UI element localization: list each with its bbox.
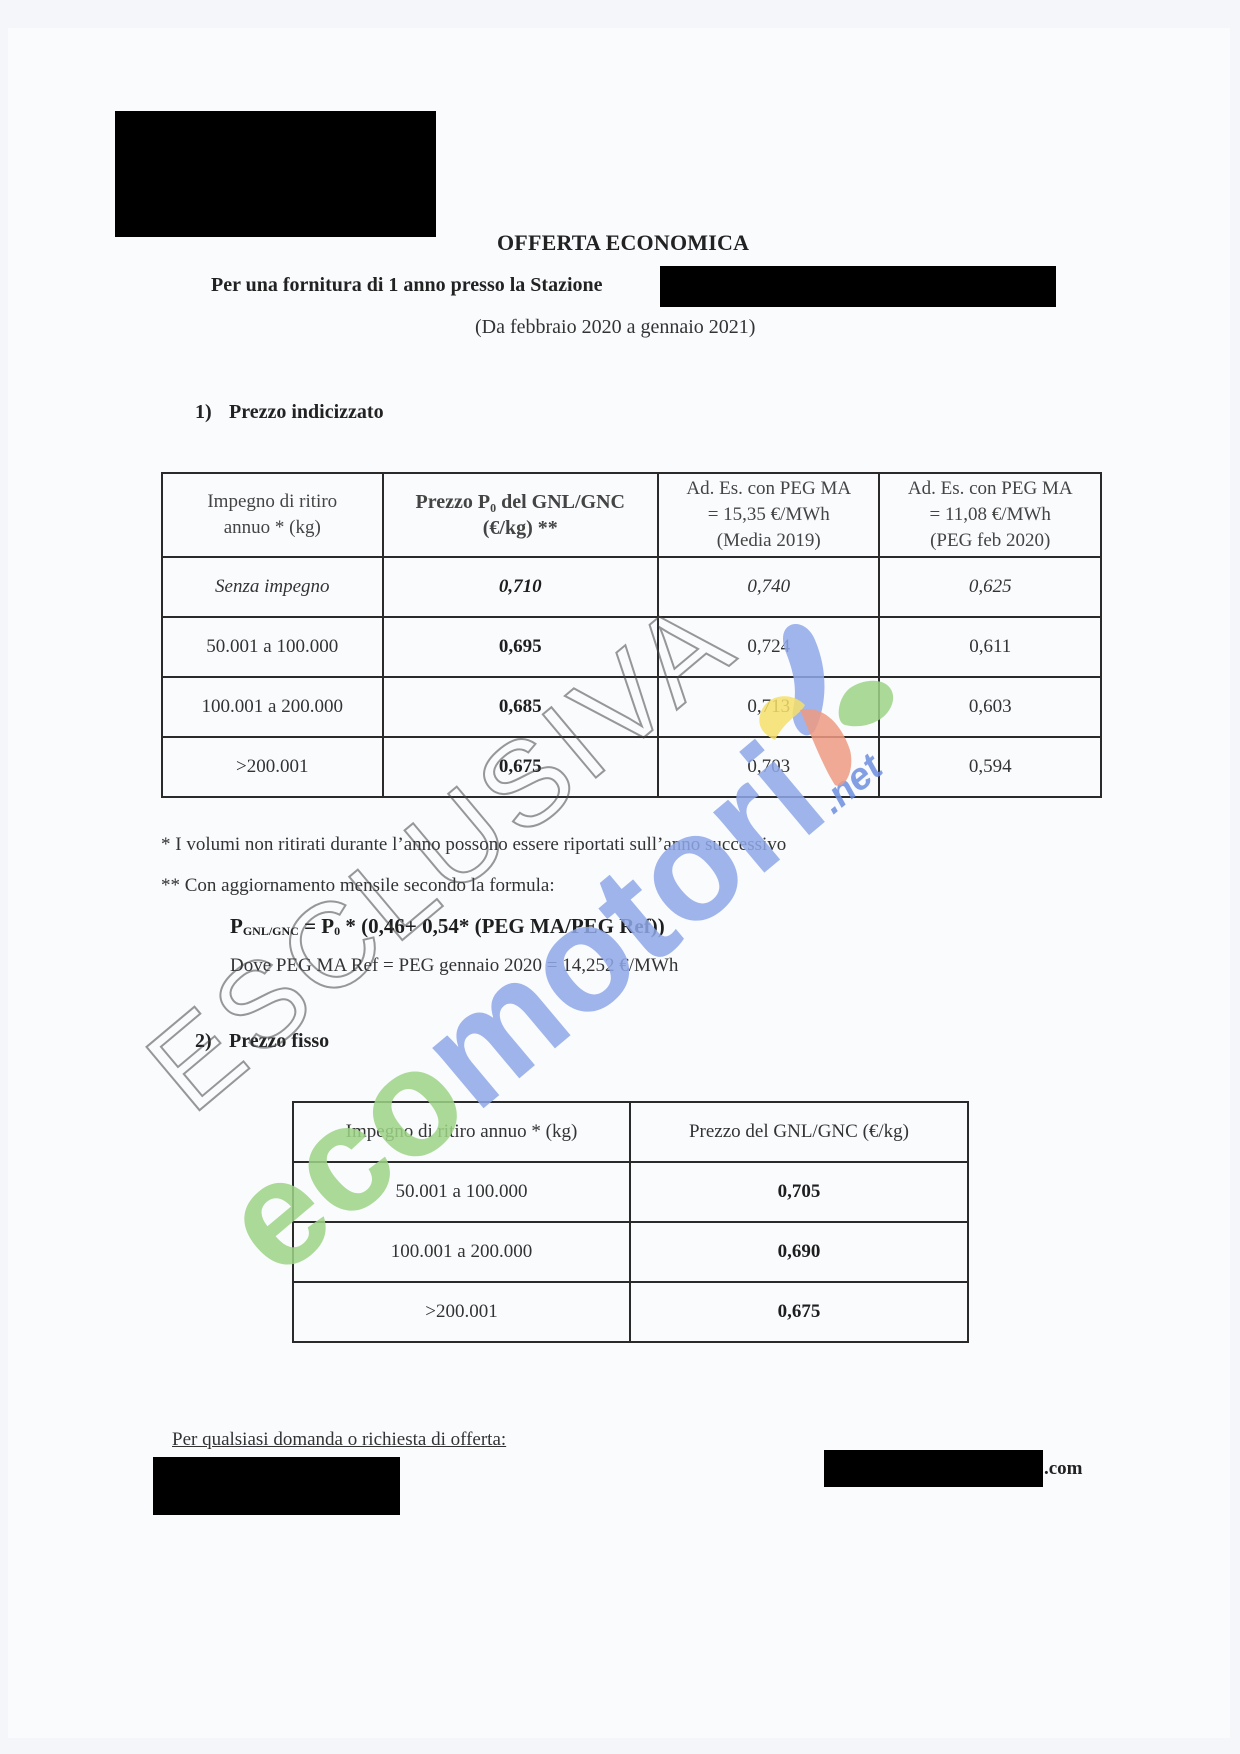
cell-example-feb-2020: 0,594 — [879, 737, 1101, 797]
fixed-price-table: Impegno di ritiro annuo * (kg) Prezzo de… — [292, 1101, 969, 1343]
table-row: 50.001 a 100.000 0,695 0,724 0,611 — [162, 617, 1101, 677]
indexed-price-table: Impegno di ritiro annuo * (kg) Prezzo P₀… — [161, 472, 1102, 798]
header-volume: Impegno di ritiro annuo * (kg) — [162, 473, 383, 557]
cell-example-feb-2020: 0,625 — [879, 557, 1101, 617]
section-2-heading: 2)Prezzo fisso — [195, 1030, 329, 1053]
header-line: (€/kg) ** — [388, 515, 653, 541]
document-subtitle: Per una fornitura di 1 anno presso la St… — [211, 274, 603, 297]
table-row: 50.001 a 100.000 0,705 — [293, 1162, 968, 1222]
section-1-number: 1) — [195, 401, 229, 424]
cell-price: 0,690 — [630, 1222, 968, 1282]
table-row: 100.001 a 200.000 0,690 — [293, 1222, 968, 1282]
cell-price: 0,675 — [630, 1282, 968, 1342]
cell-example-media-2019: 0,740 — [658, 557, 880, 617]
header-line: annuo * (kg) — [167, 515, 378, 541]
price-formula: PGNL/GNC = P0 * (0,46+ 0,54* (PEG MA/PEG… — [230, 914, 665, 939]
header-example-feb-2020: Ad. Es. con PEG MA = 11,08 €/MWh (PEG fe… — [879, 473, 1101, 557]
cell-example-feb-2020: 0,611 — [879, 617, 1101, 677]
cell-p0: 0,695 — [383, 617, 658, 677]
document-title: OFFERTA ECONOMICA — [497, 230, 749, 256]
table-row: >200.001 0,675 0,703 0,594 — [162, 737, 1101, 797]
header-price: Prezzo del GNL/GNC (€/kg) — [630, 1102, 968, 1162]
cell-example-media-2019: 0,724 — [658, 617, 880, 677]
cell-volume: Senza impegno — [162, 557, 383, 617]
cell-p0: 0,675 — [383, 737, 658, 797]
cell-volume: 100.001 a 200.000 — [162, 677, 383, 737]
formula-subscript: GNL/GNC — [243, 924, 299, 938]
table-header-row: Impegno di ritiro annuo * (kg) Prezzo P₀… — [162, 473, 1101, 557]
header-line: (Media 2019) — [663, 528, 875, 554]
table-header-row: Impegno di ritiro annuo * (kg) Prezzo de… — [293, 1102, 968, 1162]
redacted-contact-name — [153, 1457, 400, 1515]
cell-example-feb-2020: 0,603 — [879, 677, 1101, 737]
header-line: Impegno di ritiro — [167, 489, 378, 515]
table-row: 100.001 a 200.000 0,685 0,713 0,603 — [162, 677, 1101, 737]
cell-volume: 50.001 a 100.000 — [162, 617, 383, 677]
contact-label: Per qualsiasi domanda o richiesta di off… — [172, 1429, 506, 1451]
header-line: (PEG feb 2020) — [884, 528, 1096, 554]
formula-reference: Dove PEG MA Ref = PEG gennaio 2020 = 14,… — [230, 955, 678, 977]
redacted-email — [824, 1450, 1043, 1487]
redacted-logo — [115, 111, 436, 237]
supply-period: (Da febbraio 2020 a gennaio 2021) — [475, 316, 755, 339]
formula-p: P — [230, 914, 243, 938]
cell-example-media-2019: 0,703 — [658, 737, 880, 797]
header-example-media-2019: Ad. Es. con PEG MA = 15,35 €/MWh (Media … — [658, 473, 880, 557]
table-row: >200.001 0,675 — [293, 1282, 968, 1342]
formula-equals-p: = P — [299, 914, 334, 938]
header-line: Prezzo P₀ del GNL/GNC — [388, 489, 653, 515]
cell-price: 0,705 — [630, 1162, 968, 1222]
redacted-station-name — [660, 266, 1056, 307]
section-2-number: 2) — [195, 1030, 229, 1053]
header-volume: Impegno di ritiro annuo * (kg) — [293, 1102, 630, 1162]
cell-volume: >200.001 — [293, 1282, 630, 1342]
footnote-formula-intro: ** Con aggiornamento mensile secondo la … — [161, 875, 555, 897]
cell-volume: >200.001 — [162, 737, 383, 797]
section-1-title: Prezzo indicizzato — [229, 401, 384, 423]
header-line: = 11,08 €/MWh — [884, 502, 1096, 528]
cell-volume: 100.001 a 200.000 — [293, 1222, 630, 1282]
table-row: Senza impegno 0,710 0,740 0,625 — [162, 557, 1101, 617]
header-p0: Prezzo P₀ del GNL/GNC (€/kg) ** — [383, 473, 658, 557]
header-line: = 15,35 €/MWh — [663, 502, 875, 528]
cell-example-media-2019: 0,713 — [658, 677, 880, 737]
cell-p0: 0,685 — [383, 677, 658, 737]
email-domain-suffix: .com — [1044, 1458, 1083, 1480]
header-line: Ad. Es. con PEG MA — [884, 476, 1096, 502]
section-1-heading: 1)Prezzo indicizzato — [195, 401, 384, 424]
cell-p0: 0,710 — [383, 557, 658, 617]
formula-rhs: * (0,46+ 0,54* (PEG MA/PEG Ref)) — [340, 914, 665, 938]
footnote-carryover: * I volumi non ritirati durante l’anno p… — [161, 834, 786, 856]
section-2-title: Prezzo fisso — [229, 1030, 329, 1052]
cell-volume: 50.001 a 100.000 — [293, 1162, 630, 1222]
header-line: Ad. Es. con PEG MA — [663, 476, 875, 502]
